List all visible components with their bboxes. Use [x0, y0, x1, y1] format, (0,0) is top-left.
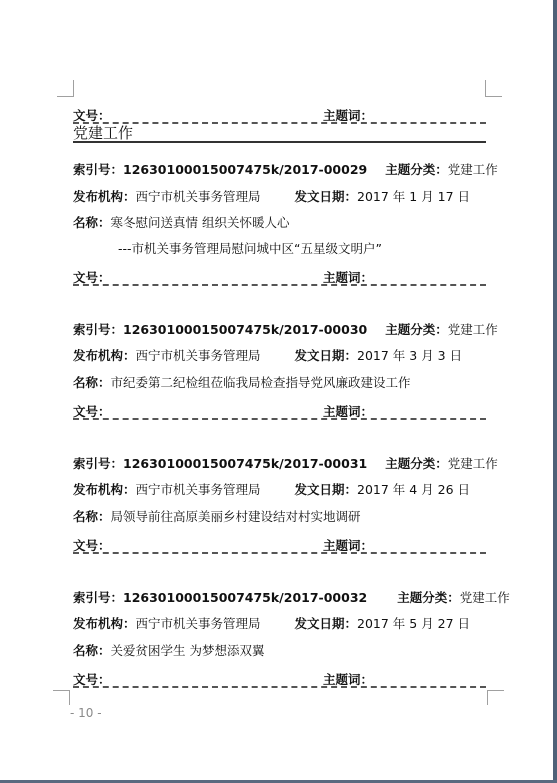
record-1-publisher-row: 发布机构：西宁市机关事务管理局 发文日期：2017 年 1 月 17 日: [73, 189, 470, 205]
doc-number-label: 文号：: [73, 538, 111, 553]
record-4-doc-row: 文号： 主题词：: [73, 670, 486, 686]
page-right-border: [553, 0, 557, 783]
index-number: 12630100015007475k/2017-00031: [123, 456, 367, 471]
topic-label: 主题分类：: [385, 162, 448, 177]
topic-value: 党建工作: [448, 162, 498, 177]
record-2-publisher-row: 发布机构：西宁市机关事务管理局 发文日期：2017 年 3 月 3 日: [73, 348, 462, 364]
margin-corner-top-left: [57, 80, 74, 97]
publisher-label: 发布机构：: [73, 482, 136, 497]
index-number: 12630100015007475k/2017-00029: [123, 162, 367, 177]
publisher-label: 发布机构：: [73, 616, 136, 631]
record-1-doc-row: 文号： 主题词：: [73, 268, 486, 284]
solid-divider: [73, 141, 486, 143]
record-2-index-row: 索引号：12630100015007475k/2017-00030 主题分类：党…: [73, 322, 498, 338]
date-value: 2017 年 1 月 17 日: [357, 189, 470, 204]
index-number: 12630100015007475k/2017-00032: [123, 590, 367, 605]
header-doc-row: 文号： 主题词：: [73, 106, 486, 122]
date-label: 发文日期：: [295, 616, 358, 631]
index-label: 索引号：: [73, 162, 123, 177]
dashed-divider: [73, 686, 486, 688]
name-label: 名称：: [73, 375, 111, 390]
publisher-label: 发布机构：: [73, 189, 136, 204]
name-label: 名称：: [73, 215, 111, 230]
record-4-index-row: 索引号：12630100015007475k/2017-00032 主题分类：党…: [73, 590, 510, 606]
date-value: 2017 年 5 月 27 日: [357, 616, 470, 631]
publisher-value: 西宁市机关事务管理局: [136, 348, 261, 363]
date-value: 2017 年 3 月 3 日: [357, 348, 462, 363]
index-number: 12630100015007475k/2017-00030: [123, 322, 367, 337]
doc-number-label: 文号：: [73, 108, 111, 123]
index-label: 索引号：: [73, 456, 123, 471]
dashed-divider: [73, 122, 486, 124]
dashed-divider: [73, 552, 486, 554]
record-1-subtitle: ---市机关事务管理局慰问城中区“五星级文明户”: [118, 241, 382, 257]
publisher-label: 发布机构：: [73, 348, 136, 363]
margin-corner-top-right: [485, 80, 502, 97]
margin-corner-bottom-right: [487, 690, 504, 705]
record-3-doc-row: 文号： 主题词：: [73, 536, 486, 552]
topic-label: 主题分类：: [385, 322, 448, 337]
doc-number-label: 文号：: [73, 672, 111, 687]
record-2-doc-row: 文号： 主题词：: [73, 402, 486, 418]
date-label: 发文日期：: [295, 348, 358, 363]
doc-number-label: 文号：: [73, 270, 111, 285]
publisher-value: 西宁市机关事务管理局: [136, 616, 261, 631]
record-3-publisher-row: 发布机构：西宁市机关事务管理局 发文日期：2017 年 4 月 26 日: [73, 482, 470, 498]
category-title: 党建工作: [73, 124, 133, 142]
topic-label: 主题分类：: [385, 456, 448, 471]
name-value: 局领导前往高原美丽乡村建设结对村实地调研: [111, 509, 361, 524]
date-label: 发文日期：: [295, 189, 358, 204]
record-1-name-row: 名称：寒冬慰问送真情 组织关怀暖人心: [73, 215, 290, 231]
index-label: 索引号：: [73, 590, 123, 605]
publisher-value: 西宁市机关事务管理局: [136, 189, 261, 204]
topic-value: 党建工作: [448, 322, 498, 337]
record-4-publisher-row: 发布机构：西宁市机关事务管理局 发文日期：2017 年 5 月 27 日: [73, 616, 470, 632]
index-label: 索引号：: [73, 322, 123, 337]
record-4-name-row: 名称：关爱贫困学生 为梦想添双翼: [73, 643, 265, 659]
record-3-name-row: 名称：局领导前往高原美丽乡村建设结对村实地调研: [73, 509, 361, 525]
dashed-divider: [73, 418, 486, 420]
name-value: 市纪委第二纪检组莅临我局检查指导党风廉政建设工作: [111, 375, 411, 390]
topic-value: 党建工作: [448, 456, 498, 471]
topic-value: 党建工作: [460, 590, 510, 605]
name-value: 关爱贫困学生 为梦想添双翼: [111, 643, 265, 658]
record-2-name-row: 名称：市纪委第二纪检组莅临我局检查指导党风廉政建设工作: [73, 375, 411, 391]
name-label: 名称：: [73, 643, 111, 658]
name-label: 名称：: [73, 509, 111, 524]
dashed-divider: [73, 284, 486, 286]
topic-label: 主题分类：: [397, 590, 460, 605]
record-1-index-row: 索引号：12630100015007475k/2017-00029 主题分类：党…: [73, 162, 498, 178]
page-number: - 10 -: [70, 706, 102, 720]
margin-corner-bottom-left: [53, 690, 70, 705]
publisher-value: 西宁市机关事务管理局: [136, 482, 261, 497]
name-value: 寒冬慰问送真情 组织关怀暖人心: [111, 215, 290, 230]
date-value: 2017 年 4 月 26 日: [357, 482, 470, 497]
doc-number-label: 文号：: [73, 404, 111, 419]
record-3-index-row: 索引号：12630100015007475k/2017-00031 主题分类：党…: [73, 456, 498, 472]
date-label: 发文日期：: [295, 482, 358, 497]
